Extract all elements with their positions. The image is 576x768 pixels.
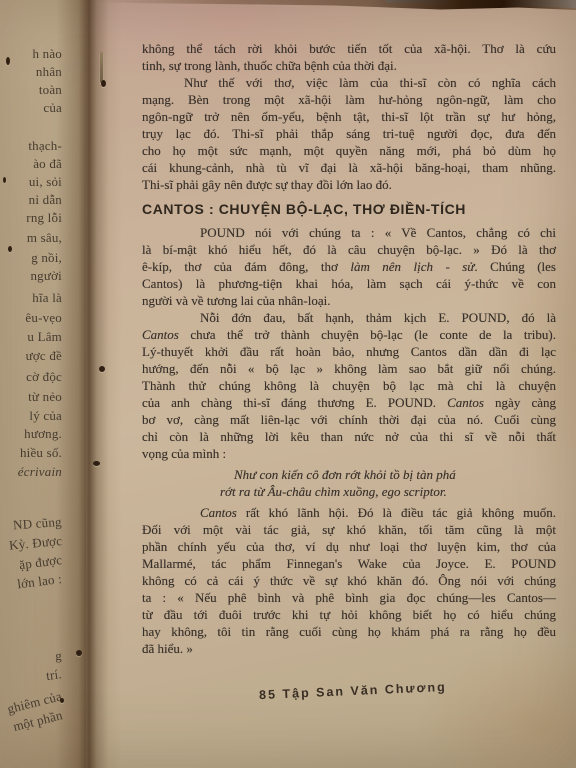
text-line: ngôn-ngữ trở nên ốm-yếu, bệnh tật, thi-s…	[142, 108, 556, 125]
stitch-hole	[99, 366, 105, 372]
page-text: không thể tách rời khỏi bước tiến tốt củ…	[142, 40, 556, 657]
text-line: ta : « Nếu phê bình và phê bình gia đọc …	[142, 589, 556, 606]
text-line: POUND nói với chúng ta : « Về Cantos, ch…	[142, 224, 556, 241]
text-line: Lý-thuyết khởi đầu rất hoàn bảo, nhưng C…	[142, 343, 556, 360]
text-line: Nỗi đớn đau, bất hạnh, thảm kịch E. POUN…	[142, 309, 556, 326]
text-line: người và về tương lai của nhân-loại.	[142, 292, 556, 309]
text-line: Như thế với thơ, việc làm của thi-sĩ còn…	[142, 74, 556, 91]
book-photo: h nàonhântoàncủathạch-ào đãui, sỏinỉ dẫn…	[0, 0, 576, 768]
text-line: chỉ còn là những lời kêu than nức nở của…	[142, 428, 556, 445]
text-line: không thể tách rời khỏi bước tiến tốt củ…	[142, 40, 556, 57]
text-line: phần chính yếu của thơ, ví dụ như loại t…	[142, 538, 556, 555]
left-page-text-fragment: Kỳ. Được	[8, 533, 62, 554]
stitch-hole	[93, 461, 100, 466]
binding-gutter	[56, 0, 122, 768]
text-line: cái khung-cảnh, nhà tù vĩ đại là xã-hội …	[142, 159, 556, 176]
text-line: Cantos) là phương-tiện khai hóa, làm sạc…	[142, 275, 556, 292]
text-line: tinh, sự trong lành, thuốc chữa bệnh của…	[142, 57, 556, 74]
stitch-hole	[76, 650, 82, 656]
text-line: đã hiểu. »	[142, 640, 556, 657]
section-heading: CANTOS : CHUYỆN BỘ-LẠC, THƠ ĐIỀN-TÍCH	[142, 199, 556, 219]
stitch-hole	[101, 80, 106, 87]
text-line: bơ vơ, càng mất liên-lạc với chính thời …	[142, 411, 556, 428]
text-line: Cantos chưa thể trở thành chuyện bộ-lạc …	[142, 326, 556, 343]
text-line: Đối với một vài tác giả, sự khó khăn, tố…	[142, 521, 556, 538]
text-line: cho họ một sức mạnh, một quyền năng mới,…	[142, 142, 556, 159]
stitch-hole	[3, 177, 6, 183]
stitch-hole	[8, 246, 12, 252]
text-line: Thành thử chúng không là chuyện bộ lạc m…	[142, 377, 556, 394]
text-line: trụy lạc đó. Thi-sĩ phải thắp sáng tri-t…	[142, 125, 556, 142]
verse-line: rớt ra từ Âu-châu chìm xuồng, ego script…	[142, 483, 556, 500]
text-line: hay không, tôi tin rằng cuối cùng họ khá…	[142, 623, 556, 640]
text-line: từ đầu tới đuôi trước khi tự hỏi không b…	[142, 606, 556, 623]
text-line: Mallarmé, tác phẩm Finnegan's Wake của J…	[142, 555, 556, 572]
text-line: của anh chàng thi-sĩ đáng thương E. POUN…	[142, 394, 556, 411]
text-line: không có cả cái ý thức về sự khó khăn đó…	[142, 572, 556, 589]
stitch-hole	[60, 698, 64, 703]
text-line: hướng, đến nỗi « bộ lạc » không làm sao …	[142, 360, 556, 377]
text-line: mạng. Bèn trong một xã-hội làm hư-hỏng n…	[142, 91, 556, 108]
text-line: là bí-mật khó hiểu hết, đó là câu chuyện…	[142, 241, 556, 258]
text-line: ê-kíp, thơ của đám đông, thơ làm nên lịc…	[142, 258, 556, 275]
binding-stitch-thread	[100, 52, 103, 83]
text-line: Thi-sĩ phải gây nên được sự thay đồi lớn…	[142, 176, 556, 193]
text-line: Cantos rất khó lãnh hội. Đó là điều tác …	[142, 504, 556, 521]
text-line: vọng của mình :	[142, 445, 556, 462]
verse-line: Như con kiến cô đơn rớt khỏi tồ bị tàn p…	[142, 466, 556, 483]
stitch-hole	[6, 57, 10, 65]
